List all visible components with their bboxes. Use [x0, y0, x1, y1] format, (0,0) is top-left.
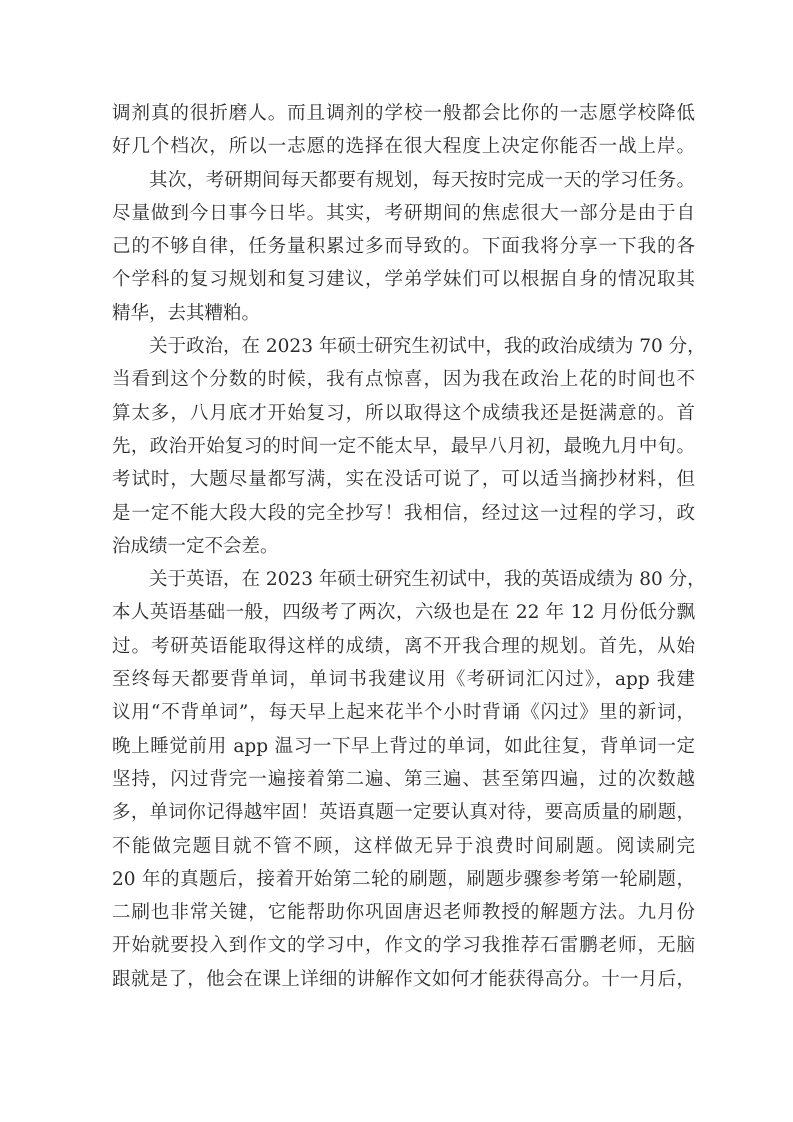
- document-page: 调剂真的很折磨人。而且调剂的学校一般都会比你的一志愿学校降低好几个档次，所以一志…: [0, 0, 793, 1122]
- text-line: 二刷也非常关键，它能帮助你巩固唐迟老师教授的解题方法。九月份: [112, 896, 695, 929]
- text-line: 考试时，大题尽量都写满，实在没话可说了，可以适当摘抄材料，但: [112, 463, 695, 496]
- text-line: 己的不够自律，任务量积累过多而导致的。下面我将分享一下我的各: [112, 230, 695, 263]
- text-line: 个学科的复习规划和复习建议，学弟学妹们可以根据自身的情况取其: [112, 263, 695, 296]
- text-line: 本人英语基础一般，四级考了两次，六级也是在 22 年 12 月份低分飘: [112, 596, 695, 629]
- text-block: 调剂真的很折磨人。而且调剂的学校一般都会比你的一志愿学校降低好几个档次，所以一志…: [112, 97, 695, 996]
- text-line: 尽量做到今日事今日毕。其实，考研期间的焦虑很大一部分是由于自: [112, 197, 695, 230]
- text-line: 多，单词你记得越牢固！英语真题一定要认真对待，要高质量的刷题，: [112, 796, 695, 829]
- text-line: 治成绩一定不会差。: [112, 530, 695, 563]
- text-line: 不能做完题目就不管不顾，这样做无异于浪费时间刷题。阅读刷完: [112, 830, 695, 863]
- text-line: 至终每天都要背单词，单词书我建议用《考研词汇闪过》，app 我建: [112, 663, 695, 696]
- text-line: 好几个档次，所以一志愿的选择在很大程度上决定你能否一战上岸。: [112, 130, 695, 163]
- text-line: 跟就是了，他会在课上详细的讲解作文如何才能获得高分。十一月后，: [112, 963, 695, 996]
- text-line: 是一定不能大段大段的完全抄写！我相信，经过这一过程的学习，政: [112, 497, 695, 530]
- text-line: 调剂真的很折磨人。而且调剂的学校一般都会比你的一志愿学校降低: [112, 97, 695, 130]
- text-line: 过。考研英语能取得这样的成绩，离不开我合理的规划。首先，从始: [112, 630, 695, 663]
- text-line: 关于英语，在 2023 年硕士研究生初试中，我的英语成绩为 80 分，: [112, 563, 695, 596]
- text-line: 晚上睡觉前用 app 温习一下早上背过的单词，如此往复，背单词一定: [112, 730, 695, 763]
- text-line: 算太多，八月底才开始复习，所以取得这个成绩我还是挺满意的。首: [112, 397, 695, 430]
- text-line: 坚持，闪过背完一遍接着第二遍、第三遍、甚至第四遍，过的次数越: [112, 763, 695, 796]
- text-line: 议用“不背单词”，每天早上起来花半个小时背诵《闪过》里的新词，: [112, 696, 695, 729]
- text-line: 关于政治，在 2023 年硕士研究生初试中，我的政治成绩为 70 分，: [112, 330, 695, 363]
- text-line: 当看到这个分数的时候，我有点惊喜，因为我在政治上花的时间也不: [112, 363, 695, 396]
- text-line: 精华，去其糟粕。: [112, 297, 695, 330]
- text-line: 其次，考研期间每天都要有规划，每天按时完成一天的学习任务。: [112, 164, 695, 197]
- text-line: 先，政治开始复习的时间一定不能太早，最早八月初，最晚九月中旬。: [112, 430, 695, 463]
- text-line: 20 年的真题后，接着开始第二轮的刷题，刷题步骤参考第一轮刷题，: [112, 863, 695, 896]
- text-line: 开始就要投入到作文的学习中，作文的学习我推荐石雷鹏老师，无脑: [112, 929, 695, 962]
